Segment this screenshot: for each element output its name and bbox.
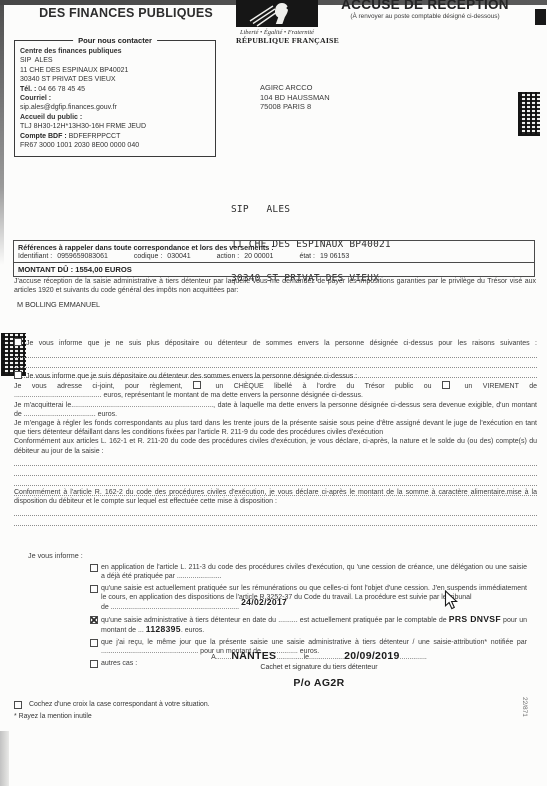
scan-edge-bottom-left bbox=[0, 731, 9, 786]
identifiant-label: Identifiant : bbox=[18, 253, 52, 260]
contact-bdf: Compte BDF : BDFEFRPPCCT bbox=[20, 132, 210, 141]
creditor-address: AGIRC ARCCO 104 BD HAUSSMAN 75008 PARIS … bbox=[260, 83, 330, 112]
logo-republic: RÉPUBLIQUE FRANÇAISE bbox=[236, 36, 318, 45]
informe-item-satd: qu'une saisie administrative à tiers dét… bbox=[90, 615, 527, 635]
acquit-text: Je m'acquitterai le.....................… bbox=[14, 401, 537, 419]
informe-item-remunerations: qu'une saisie est actuellement pratiquée… bbox=[90, 584, 527, 613]
typed-amount: 1128395 bbox=[146, 624, 181, 634]
informe-item2-text: qu'une saisie est actuellement pratiquée… bbox=[101, 585, 527, 601]
checkbox-remunerations[interactable] bbox=[90, 585, 98, 593]
debtor-name: M BOLLING EMMANUEL bbox=[17, 300, 100, 309]
typed-sign-date: 20/09/2019 bbox=[344, 650, 400, 662]
checkbox-virement[interactable] bbox=[442, 381, 450, 389]
typed-date-overlay: 24/02/2017 bbox=[241, 597, 287, 607]
ministry-name: DES FINANCES PUBLIQUES bbox=[30, 6, 222, 20]
section-holder: Je vous informe que je suis dépositaire … bbox=[14, 371, 537, 496]
fill-in-line bbox=[14, 348, 537, 358]
fill-in-line bbox=[14, 476, 537, 486]
payment-line: Je vous adresse ci-joint, pour règlement… bbox=[14, 381, 537, 391]
informe-item2-line: de .....................................… bbox=[101, 602, 527, 612]
action-value: 20 00001 bbox=[244, 253, 273, 260]
checkbox-autres[interactable] bbox=[90, 660, 98, 668]
references-box: Références à rappeler dans toute corresp… bbox=[13, 240, 535, 277]
checkbox-cheque[interactable] bbox=[193, 381, 201, 389]
tel-label: Tél. : bbox=[20, 86, 36, 93]
references-title: Références à rappeler dans toute corresp… bbox=[14, 241, 534, 252]
registration-mark bbox=[535, 9, 546, 25]
logo-motto: Liberté • Égalité • Fraternité bbox=[236, 29, 318, 36]
page-reference-rotated: 22/871 bbox=[521, 697, 528, 717]
page-subtitle: (À renvoyer au poste comptable désigné c… bbox=[318, 13, 532, 20]
signature-block: A........NANTES..............le.........… bbox=[188, 650, 450, 689]
checkbox-satd-checked[interactable] bbox=[90, 616, 98, 624]
email-value: sip.ales@dgfip.finances.gouv.fr bbox=[20, 103, 210, 112]
typed-comptable: PRS DNVSF bbox=[449, 614, 501, 624]
datamatrix-barcode-top bbox=[518, 92, 540, 136]
montant-value: 1554,00 EUROS bbox=[73, 265, 132, 274]
footnote-1-text: Cochez d'une croix la case correspondant… bbox=[29, 700, 210, 709]
etat-value: 19 06153 bbox=[320, 253, 349, 260]
typed-po-ag2r: P/o AG2R bbox=[188, 677, 450, 689]
not-holder-text: Je vous informe que je ne suis plus dépo… bbox=[26, 340, 537, 347]
engage-text: Je m'engage à régler les fonds correspon… bbox=[14, 419, 537, 437]
tel-value: 04 66 78 45 45 bbox=[36, 86, 85, 93]
contact-box-legend: Pour nous contacter bbox=[73, 36, 157, 45]
contact-box: Pour nous contacter Centre des finances … bbox=[14, 40, 216, 157]
sig-dots: .............. bbox=[276, 654, 303, 661]
scanned-document-page: DES FINANCES PUBLIQUES Liberté • Égalité… bbox=[0, 0, 547, 786]
republique-francaise-logo: Liberté • Égalité • Fraternité RÉPUBLIQU… bbox=[236, 0, 318, 45]
intro-paragraph: J'accuse réception de la saisie administ… bbox=[14, 277, 536, 295]
identifiant-value: 0959659083061 bbox=[57, 253, 108, 260]
checkbox-cession[interactable] bbox=[90, 564, 98, 572]
tribunal-dots: de .....................................… bbox=[101, 604, 239, 611]
bdf-value: BDFEFRPPCCT bbox=[67, 133, 121, 140]
checkbox-footnote-icon bbox=[14, 701, 22, 709]
montant-label: MONTANT DÛ : bbox=[18, 265, 73, 274]
virement-text: un VIREMENT de bbox=[464, 383, 537, 390]
contact-name: Centre des finances publiques bbox=[20, 47, 210, 56]
informe-item-cession: en application de l'article L. 211-3 du … bbox=[90, 563, 527, 581]
signature-caption: Cachet et signature du tiers détenteur bbox=[188, 664, 450, 671]
marianne-icon bbox=[236, 0, 318, 27]
montant-du-row: MONTANT DÛ : 1554,00 EUROS bbox=[14, 262, 534, 276]
checkbox-holder[interactable] bbox=[14, 371, 22, 379]
sig-dots: ........ bbox=[216, 654, 232, 661]
hours-value: TLJ 8H30-12H*13H30-16H FRME JEUD bbox=[20, 122, 210, 131]
scan-edge-left bbox=[0, 5, 4, 265]
contact-city: 30340 ST PRIVAT DES VIEUX bbox=[20, 75, 210, 84]
mouse-cursor-icon bbox=[444, 590, 458, 610]
holder-line: Je vous informe que je suis dépositaire … bbox=[14, 371, 537, 381]
signature-line: A........NANTES..............le.........… bbox=[188, 650, 450, 662]
fill-in-line bbox=[14, 516, 537, 526]
fill-in-line bbox=[14, 358, 537, 368]
footnotes: Cochez d'une croix la case correspondant… bbox=[14, 700, 210, 721]
footnote-2: * Rayez la mention inutile bbox=[14, 712, 210, 721]
contact-service: SIP ALES bbox=[20, 56, 210, 65]
alimentaire-text: Conformément à l'article R. 162-2 du cod… bbox=[14, 488, 537, 506]
contact-tel: Tél. : 04 66 78 45 45 bbox=[20, 85, 210, 94]
references-row: Identifiant :0959659083061codique :03004… bbox=[14, 252, 534, 263]
pay-intro: Je vous adresse ci-joint, pour règlement… bbox=[14, 383, 183, 390]
holder-text: Je vous informe que je suis dépositaire … bbox=[26, 373, 357, 380]
section-alimentaire: Conformément à l'article R. 162-2 du cod… bbox=[14, 488, 537, 526]
codique-label: codique : bbox=[134, 253, 162, 260]
contact-street: 11 CHE DES ESPINAUX BP40021 bbox=[20, 66, 210, 75]
informe-label: Je vous informe : bbox=[28, 551, 83, 560]
footnote-1: Cochez d'une croix la case correspondant… bbox=[14, 700, 210, 709]
checkbox-not-holder[interactable] bbox=[14, 338, 22, 346]
fill-in-line bbox=[14, 506, 537, 516]
checkbox-meme-jour[interactable] bbox=[90, 639, 98, 647]
document-title-block: ACCUSÉ DE RÉCEPTION (À renvoyer au poste… bbox=[318, 0, 532, 20]
creditor-name: AGIRC ARCCO bbox=[260, 83, 330, 93]
creditor-city: 75008 PARIS 8 bbox=[260, 102, 330, 112]
codique-value: 030041 bbox=[167, 253, 190, 260]
cheque-text: un CHÈQUE libellé à l'ordre du Trésor pu… bbox=[216, 383, 432, 390]
page-title: ACCUSÉ DE RÉCEPTION bbox=[318, 0, 532, 12]
email-label: Courriel : bbox=[20, 94, 210, 103]
conforme-text: Conformément aux articles L. 162-1 et R.… bbox=[14, 437, 537, 455]
informe-item3-post: . euros. bbox=[181, 627, 204, 634]
not-holder-line: Je vous informe que je ne suis plus dépo… bbox=[14, 338, 537, 348]
informe-item5-text: autres cas : bbox=[101, 660, 137, 667]
addressee-line1: SIP ALES bbox=[231, 204, 391, 216]
sig-dots: .................. bbox=[309, 654, 344, 661]
fill-in-line bbox=[14, 456, 537, 466]
action-label: action : bbox=[217, 253, 240, 260]
bdf-label: Compte BDF : bbox=[20, 133, 67, 140]
informe-item1-text: en application de l'article L. 211-3 du … bbox=[101, 564, 527, 580]
informe-item3-pre: qu'une saisie administrative à tiers dét… bbox=[101, 617, 449, 624]
hours-label: Accueil du public : bbox=[20, 113, 210, 122]
payment-tail: ........................................… bbox=[14, 391, 537, 400]
sig-dots: .............. bbox=[400, 654, 427, 661]
fill-in-line bbox=[14, 466, 537, 476]
typed-place: NANTES bbox=[231, 650, 276, 662]
creditor-street: 104 BD HAUSSMAN bbox=[260, 93, 330, 103]
contact-iban: FR67 3000 1001 2030 8E00 0000 040 bbox=[20, 141, 210, 150]
etat-label: état : bbox=[299, 253, 315, 260]
